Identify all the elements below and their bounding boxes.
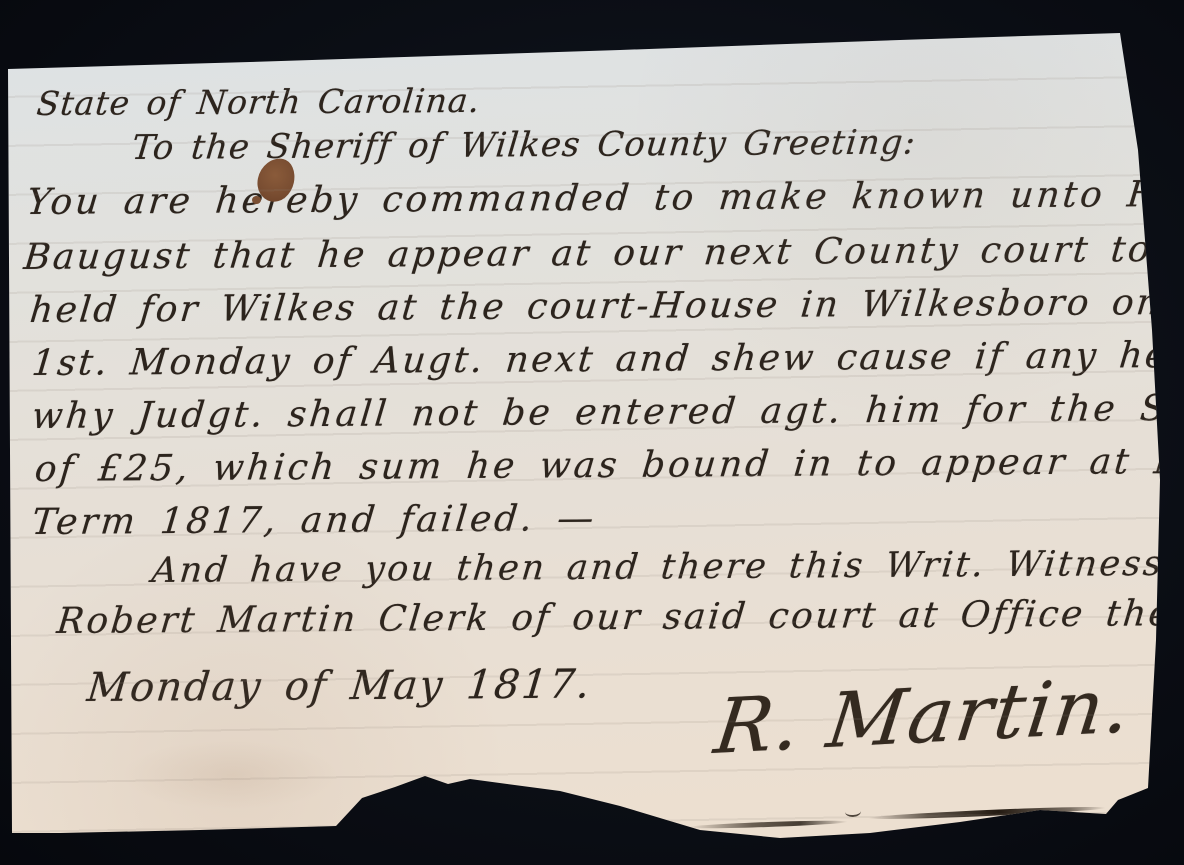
document-line: Robert Martin Clerk of our said court at… [55, 593, 1184, 642]
photo-background: State of North Carolina. To the Sheriff … [0, 0, 1184, 865]
document-line: why Judgt. shall not be entered agt. him… [30, 388, 1184, 437]
signature-flourish [868, 805, 1106, 821]
flourish-squiggle [845, 805, 862, 817]
document-line: of £25, which sum he was bound in to app… [33, 441, 1184, 490]
document-line: State of North Carolina. [35, 81, 482, 123]
document-line: And have you then and there this Writ. W… [150, 544, 1166, 591]
document-line: To the Sheriff of Wilkes County Greeting… [130, 123, 918, 168]
ink-blot-dot [252, 196, 261, 204]
document-line: Monday of May 1817. [85, 661, 594, 711]
paper-stain [120, 740, 340, 810]
document-line: Term 1817, and failed. — [30, 498, 598, 543]
document-line: held for Wilkes at the court-House in Wi… [28, 281, 1184, 331]
signature: R. Martin. Clk [710, 652, 1184, 771]
signature-flourish [688, 819, 848, 830]
document-line: You are hereby commanded to make known u… [25, 173, 1184, 223]
document-paper: State of North Carolina. To the Sheriff … [0, 0, 1184, 865]
document-line: 1st. Monday of Augt. next and shew cause… [30, 334, 1184, 384]
document-line: Baugust that he appear at our next Count… [22, 229, 1184, 278]
